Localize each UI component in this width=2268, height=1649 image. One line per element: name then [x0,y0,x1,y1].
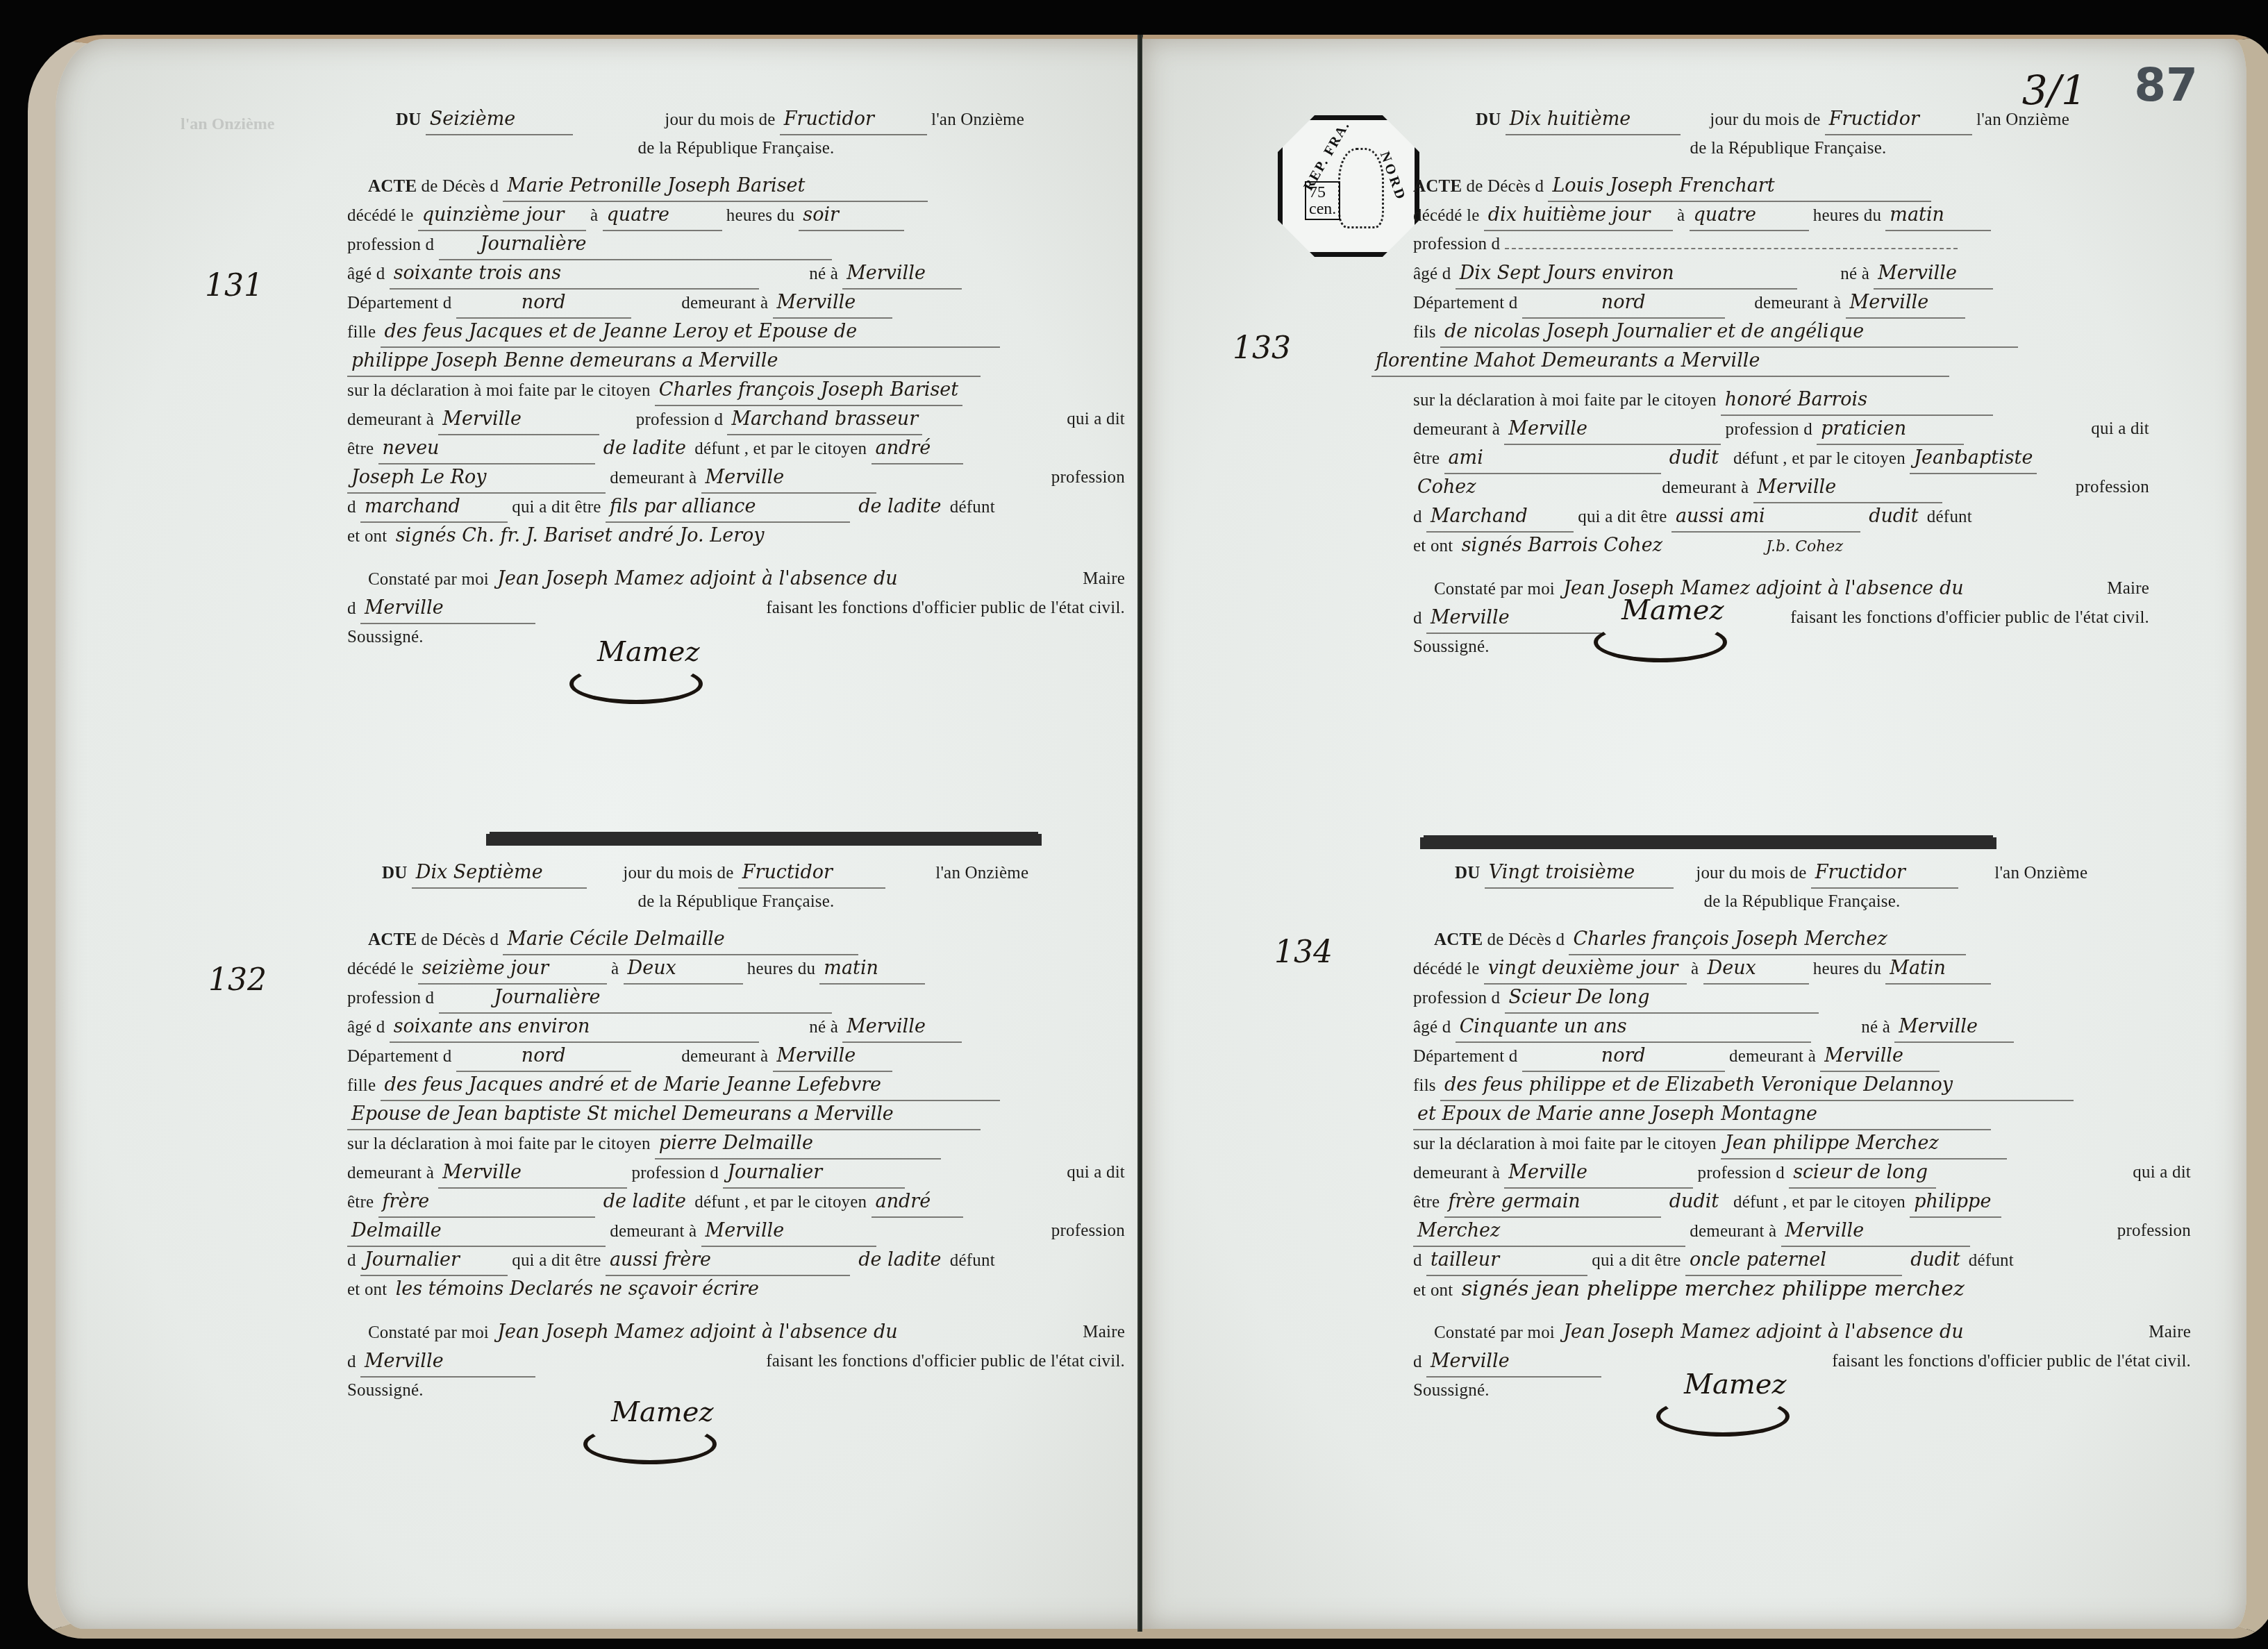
death-hour: Deux [1703,954,1809,985]
label-jour-du-mois: jour du mois de [623,864,733,882]
residence: Merville [1820,1041,1940,1072]
time-of-day: Matin [1885,954,1991,985]
act-day: Vingt troisième [1485,858,1674,889]
label-acte: ACTE [1434,930,1483,949]
register-spread: l'an Onzième 131 DU Seizième jour du moi… [28,35,2250,1632]
declarant-1-profession: praticien [1817,415,1964,445]
signature-text: Mamez [597,636,699,668]
label-ne-a: né à [1840,265,1869,283]
witness-signatures-extra: J.b. Cohez [1762,533,1847,562]
label-age: âgé d [1413,265,1451,283]
death-hour: quatre [1690,201,1809,231]
label-de: d [347,1251,356,1270]
label-decede-le: décédé le [347,960,413,978]
label-defunt: défunt [950,1251,995,1270]
label-demeurant: demeurant à [1662,478,1749,497]
label-qui-a-dit-etre: qui a dit être [1592,1251,1681,1270]
declarant-1-relation: frère germain [1444,1187,1661,1218]
deceased-profession: Scieur De long [1505,983,1819,1014]
label-soussigne: Soussigné. [347,628,424,646]
signature-flourish-icon [583,1424,717,1464]
label-profession: profession d [1726,420,1812,439]
label-profession-2: profession [1051,463,1125,492]
residence: Merville [1846,288,1965,319]
label-defunt: défunt [1733,1193,1778,1212]
declarant-1-residence: Merville [438,405,599,435]
label-heures-du: heures du [726,206,794,225]
label-ne-a: né à [809,1018,838,1037]
declarant-1-relation: ami [1444,444,1661,474]
birthplace: Merville [842,1012,962,1043]
label-profession-2: profession [2117,1216,2191,1246]
act-month: Fructidor [738,858,885,889]
deceased-profession: Journalière [439,230,832,260]
label-du: DU [396,110,422,129]
declarant-2-relation: fils par alliance [606,492,850,523]
label-departement: Département d [1413,294,1517,312]
label-de: d [1413,609,1422,628]
declarant-1-residence: Merville [438,1158,627,1189]
death-hour: Deux [624,954,743,985]
folio-stamp: 87 [2134,58,2198,112]
witness-signatures: signés Ch. fr. J. Bariset andré Jo. Lero… [392,521,942,551]
right-page: 3/1 87 REP. FRA. NORD 75cen. 133 DU Dix … [1142,35,2268,1639]
act-131: DU Seizième jour du mois de Fructidor l'… [347,105,1125,652]
label-profession: profession d [1698,1164,1785,1182]
label-soussigne: Soussigné. [1413,1381,1490,1400]
death-day: dix huitième jour [1484,201,1673,231]
label-maire: Maire [2149,1318,2191,1347]
label-qui-a-dit-etre: qui a dit être [1578,508,1667,526]
label-age: âgé d [1413,1018,1451,1037]
death-day: quinzième jour [418,201,586,231]
registrar: Jean Joseph Mamez adjoint à l'absence du [493,1318,932,1347]
label-constate: Constaté par moi [368,570,489,589]
act-day: Seizième [426,105,573,135]
label-et-ont: et ont [1413,1281,1453,1300]
label-year: l'an Onzième [1976,110,2069,129]
deceased-name: Marie Petronille Joseph Bariset [503,171,928,202]
time-of-day: matin [1885,201,1991,231]
label-de-deces: de Décès d [422,930,499,949]
department: nord [1522,1041,1725,1072]
label-fonctions: faisant les fonctions d'officier public … [766,1347,1125,1376]
label-demeurant: demeurant à [1754,294,1841,312]
witness-signatures: les témoins Declarés ne sçavoir écrire [392,1275,886,1304]
signature-text: Mamez [611,1396,713,1428]
declarant-2-continued: Merchez [1413,1216,1685,1247]
time-of-day: matin [819,954,925,985]
declarant-2-of: dudit [1865,502,1922,531]
label-du: DU [382,864,408,882]
deceased-name: Charles françois Joseph Merchez [1569,925,1966,955]
label-qui-a-dit-etre: qui a dit être [512,498,601,517]
label-declaration: sur la déclaration à moi faite par le ci… [347,381,651,400]
act-day: Dix Septième [412,858,587,889]
residence: Merville [773,288,892,319]
label-decede-le: décédé le [1413,960,1479,978]
stamp-value: 75cen. [1305,181,1340,220]
label-etre: être [347,1193,374,1212]
act-132: DU Dix Septième jour du mois de Fructido… [347,858,1125,1405]
parents-continued: philippe Joseph Benne demeurans a Mervil… [347,346,981,377]
label-jour-du-mois: jour du mois de [1710,110,1820,129]
label-de-deces: de Décès d [1487,930,1565,949]
declarant-2-of: dudit [1906,1246,1964,1275]
death-day: seizième jour [418,954,607,985]
declarant-2-profession: Marchand [1426,502,1574,533]
act-month: Fructidor [780,105,927,135]
label-demeurant: demeurant à [1413,1164,1500,1182]
label-de: d [1413,508,1422,526]
officer-signature: Mamez [1621,594,1727,662]
label-soussigne: Soussigné. [347,1381,424,1400]
declarant-2-relation: aussi frère [606,1246,850,1276]
declarant-2-continued: Delmaille [347,1216,606,1247]
label-constate: Constaté par moi [1434,580,1555,599]
declarant-1-residence: Merville [1504,1158,1693,1189]
label-heures-du: heures du [747,960,815,978]
label-acte: ACTE [1413,177,1462,196]
commune: Merville [1426,1347,1601,1378]
officer-signature: Mamez [611,1396,717,1464]
officer-signature: Mamez [597,636,703,704]
label-defunt: défunt [694,1193,740,1212]
label-fonctions: faisant les fonctions d'officier public … [1832,1347,2191,1376]
label-qui-a-dit-etre: qui a dit être [512,1251,601,1270]
label-demeurant: demeurant à [681,294,768,312]
label-age: âgé d [347,1018,385,1037]
label-demeurant: demeurant à [681,1047,768,1066]
label-age: âgé d [347,265,385,283]
declarant-2-continued: Cohez [1413,473,1658,502]
declarant-2-profession: tailleur [1426,1246,1587,1276]
declarant-2-of: de ladite [854,1246,945,1275]
label-defunt: défunt [694,440,740,458]
label-profession: profession d [347,235,434,254]
parents-continued: et Epoux de Marie anne Joseph Montagne [1413,1100,1991,1130]
deceased-age: Dix Sept Jours environ [1456,259,1797,290]
label-republic: de la République Française. [637,892,834,911]
commune: Merville [1426,603,1601,634]
declarant-1: Charles françois Joseph Bariset [655,376,962,406]
label-republic: de la République Française. [637,139,834,158]
label-profession: profession d [1413,235,1500,253]
time-of-day: soir [799,201,904,231]
declarant-2-profession: marchand [360,492,508,523]
label-a: à [611,960,619,978]
residence: Merville [773,1041,892,1072]
declarant-2-of: de ladite [854,492,945,521]
label-et-par-le-citoyen: , et par le citoyen [744,1193,867,1212]
label-de: d [1413,1251,1422,1270]
declarant-1-profession: Marchand brasseur [727,405,922,435]
label-et-ont: et ont [347,527,387,546]
label-a: à [590,206,598,225]
label-etre: être [347,440,374,458]
label-profession: profession d [636,410,723,429]
label-fonctions: faisant les fonctions d'officier public … [1790,603,2149,633]
label-fonctions: faisant les fonctions d'officier public … [766,594,1125,623]
label-heures-du: heures du [1813,206,1881,225]
label-de-deces: de Décès d [1467,177,1544,196]
label-qui-a-dit: qui a dit [1067,405,1125,434]
relation: fille [347,1076,376,1095]
label-republic: de la République Française. [1690,139,1886,158]
label-departement: Département d [347,294,451,312]
label-acte: ACTE [368,930,417,949]
label-maire: Maire [1083,564,1125,594]
label-a: à [1677,206,1685,225]
label-maire: Maire [2107,574,2149,603]
label-de: d [347,1353,356,1371]
label-demeurant: demeurant à [1413,420,1500,439]
label-departement: Département d [347,1047,451,1066]
signature-text: Mamez [1684,1368,1786,1400]
death-hour: quatre [603,201,722,231]
label-departement: Département d [1413,1047,1517,1066]
label-qui-a-dit: qui a dit [2091,415,2149,444]
separator-rule [486,834,1042,846]
signature-flourish-icon [1656,1396,1790,1437]
label-de-deces: de Décès d [422,177,499,196]
act-133: DU Dix huitième jour du mois de Fructido… [1371,105,2149,662]
label-defunt: défunt [950,498,995,517]
deceased-age: soixante ans environ [390,1012,759,1043]
label-etre: être [1413,449,1440,468]
label-declaration: sur la déclaration à moi faite par le ci… [1413,391,1717,410]
signature-flourish-icon [569,664,703,704]
label-decede-le: décédé le [1413,206,1479,225]
left-page: l'an Onzième 131 DU Seizième jour du moi… [28,35,1163,1639]
label-demeurant: demeurant à [1729,1047,1816,1066]
label-year: l'an Onzième [935,864,1028,882]
deceased-name: Marie Cécile Delmaille [503,925,858,955]
stamp-value-unit: cen. [1309,200,1336,218]
label-republic: de la République Française. [1703,892,1900,911]
signature-text: Mamez [1621,594,1724,626]
label-qui-a-dit: qui a dit [1067,1158,1125,1187]
label-du: DU [1476,110,1501,129]
label-heures-du: heures du [1813,960,1881,978]
label-ne-a: né à [809,265,838,283]
signature-flourish-icon [1594,622,1727,662]
label-et-ont: et ont [347,1280,387,1299]
label-defunt: défunt [1733,449,1778,468]
declarant-1: Jean philippe Merchez [1721,1129,2007,1160]
label-soussigne: Soussigné. [1413,637,1490,656]
declarant-1-of: de ladite [599,434,690,463]
parents: des feus Jacques et de Jeanne Leroy et E… [381,317,1000,348]
witness-signatures: signés jean phelippe merchez philippe me… [1458,1275,2077,1304]
relation: fille [347,323,376,342]
registrar: Jean Joseph Mamez adjoint à l'absence du [493,564,932,594]
label-decede-le: décédé le [347,206,413,225]
witness-signatures: signés Barrois Cohez [1458,531,1674,560]
label-demeurant: demeurant à [347,410,434,429]
declarant-1-of: dudit [1665,1187,1729,1216]
declarant-1-residence: Merville [1504,415,1721,445]
declarant-1-relation: frère [378,1187,595,1218]
declarant-1-relation: neveu [378,434,595,464]
department: nord [456,288,631,319]
declarant-1-of: de ladite [599,1187,690,1216]
department: nord [456,1041,631,1072]
label-year: l'an Onzième [1994,864,2087,882]
bleed-through-text: l'an Onzième [181,115,274,134]
label-profession: profession d [347,989,434,1007]
act-number-132: 132 [208,962,267,998]
label-profession: profession d [632,1164,719,1182]
act-number-131: 131 [205,268,263,303]
label-defunt: défunt [1927,508,1972,526]
commune: Merville [360,1347,535,1378]
parents-continued: florentine Mahot Demeurants a Merville [1371,346,1949,377]
label-a: à [1691,960,1699,978]
declarant-2: philippe [1910,1187,2001,1218]
act-month: Fructidor [1825,105,1972,135]
separator-rule [1420,837,1996,849]
deceased-profession [1505,248,1958,249]
label-constate: Constaté par moi [368,1323,489,1342]
label-declaration: sur la déclaration à moi faite par le ci… [347,1135,651,1153]
label-profession-2: profession [2076,473,2149,502]
declarant-1: pierre Delmaille [655,1129,941,1160]
birthplace: Merville [1874,259,1993,290]
deceased-name: Louis Joseph Frenchart [1548,171,1931,202]
relation: fils [1413,323,1436,342]
parents: de nicolas Joseph Journalier et de angél… [1440,317,2018,348]
label-de: d [347,599,356,618]
label-demeurant: demeurant à [610,469,697,487]
officer-signature: Mamez [1684,1368,1790,1437]
commune: Merville [360,594,535,624]
act-134: DU Vingt troisième jour du mois de Fruct… [1413,858,2191,1405]
act-number-134: 134 [1274,935,1333,970]
declarant-2-residence: Merville [1753,473,1942,503]
label-year: l'an Onzième [931,110,1024,129]
declarant-2: andré [872,1187,963,1218]
act-month: Fructidor [1811,858,1958,889]
registrar: Jean Joseph Mamez adjoint à l'absence du [1559,1318,1998,1347]
parents: des feus philippe et de Elizabeth Veroni… [1440,1071,2074,1101]
deceased-profession: Journalière [439,983,832,1014]
declarant-2-residence: Merville [1781,1216,1970,1247]
label-et-par-le-citoyen: , et par le citoyen [1783,1193,1906,1212]
label-etre: être [1413,1193,1440,1212]
label-et-ont: et ont [1413,537,1453,555]
parents-continued: Epouse de Jean baptiste St michel Demeur… [347,1100,981,1130]
declarant-1-profession: scieur de long [1789,1158,1936,1189]
stamp-value-number: 75 [1309,183,1326,201]
death-day: vingt deuxième jour [1484,954,1687,985]
department: nord [1522,288,1725,319]
parents: des feus Jacques andré et de Marie Jeann… [381,1071,1000,1101]
label-de: d [1413,1353,1422,1371]
deceased-age: Cinquante un ans [1456,1012,1811,1043]
label-jour-du-mois: jour du mois de [1696,864,1806,882]
act-day: Dix huitième [1506,105,1681,135]
label-maire: Maire [1083,1318,1125,1347]
relation: fils [1413,1076,1436,1095]
label-ne-a: né à [1861,1018,1890,1037]
label-demeurant: demeurant à [347,1164,434,1182]
label-et-par-le-citoyen: , et par le citoyen [744,440,867,458]
declarant-2-relation: aussi ami [1671,502,1860,533]
label-qui-a-dit: qui a dit [2133,1158,2191,1187]
declarant-1-of: dudit [1665,444,1729,473]
label-et-par-le-citoyen: , et par le citoyen [1783,449,1906,468]
label-profession: profession d [1413,989,1500,1007]
label-constate: Constaté par moi [1434,1323,1555,1342]
declarant-1-profession: Journalier [723,1158,905,1189]
birthplace: Merville [1894,1012,2014,1043]
label-declaration: sur la déclaration à moi faite par le ci… [1413,1135,1717,1153]
declarant-2-continued: Joseph Le Roy [347,463,606,494]
label-jour-du-mois: jour du mois de [665,110,775,129]
label-defunt: défunt [1969,1251,2014,1270]
declarant-2-relation: oncle paternel [1685,1246,1902,1276]
label-demeurant: demeurant à [1690,1222,1776,1241]
declarant-2-residence: Merville [701,1216,876,1247]
label-acte: ACTE [368,177,417,196]
declarant-2-residence: Merville [701,463,876,494]
label-de: d [347,498,356,517]
birthplace: Merville [842,259,962,290]
declarant-1: honoré Barrois [1721,385,1993,416]
label-demeurant: demeurant à [610,1222,697,1241]
deceased-age: soixante trois ans [390,259,759,290]
declarant-2: Jeanbaptiste [1910,444,2037,474]
label-du: DU [1455,864,1481,882]
label-profession-2: profession [1051,1216,1125,1246]
act-number-133: 133 [1233,330,1291,366]
declarant-2-profession: Journalier [360,1246,508,1276]
declarant-2: andré [872,434,963,464]
